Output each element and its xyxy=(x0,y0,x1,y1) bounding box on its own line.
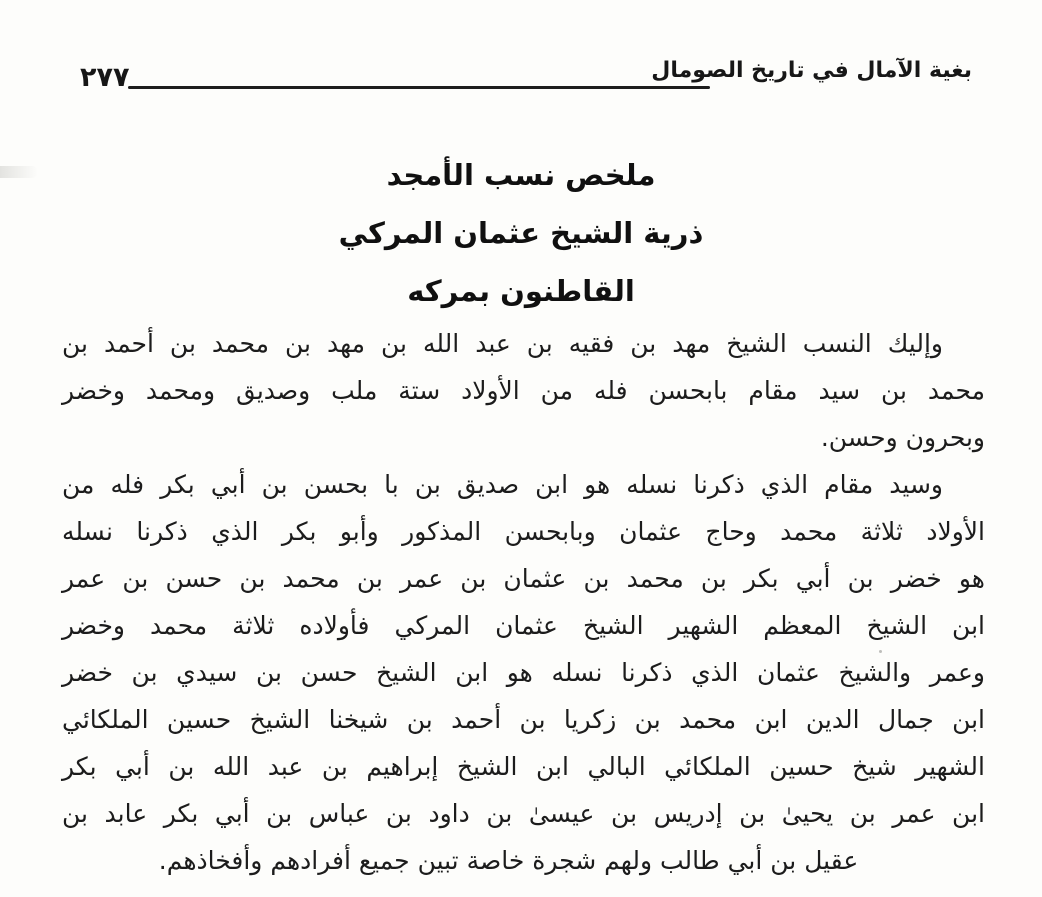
header-rule xyxy=(128,86,710,89)
chapter-title-block: ملخص نسب الأمجد ذرية الشيخ عثمان المركي … xyxy=(0,146,1042,320)
chapter-title-line-1: ملخص نسب الأمجد xyxy=(0,146,1042,204)
paragraph-2-line-7: الشهير شيخ حسين الملكائي البالي ابن الشي… xyxy=(62,743,985,790)
paragraph-2-line-5: وعمر والشيخ عثمان الذي ذكرنا نسله هو ابن… xyxy=(62,649,985,696)
paragraph-2-line-9: عقيل بن أبي طالب ولهم شجرة خاصة تبين جمي… xyxy=(62,837,985,884)
paragraph-2-line-1: وسيد مقام الذي ذكرنا نسله هو ابن صديق بن… xyxy=(62,461,985,508)
paragraph-2-line-6: ابن جمال الدين ابن محمد بن زكريا بن أحمد… xyxy=(62,696,985,743)
paragraph-2-line-8: ابن عمر بن يحيىٰ بن إدريس بن عيسىٰ بن دا… xyxy=(62,790,985,837)
paragraph-2-line-3: هو خضر بن أبي بكر بن محمد بن عثمان بن عم… xyxy=(62,555,985,602)
paragraph-1-line-1: وإليك النسب الشيخ مهد بن فقيه بن عبد الل… xyxy=(62,320,985,367)
paragraph-2-line-4: ابن الشيخ المعظم الشهير الشيخ عثمان المر… xyxy=(62,602,985,649)
running-header: ٢٧٧ بغية الآمال في تاريخ الصومال xyxy=(0,56,1042,100)
book-page: ٢٧٧ بغية الآمال في تاريخ الصومال ملخص نس… xyxy=(0,0,1042,897)
paragraph-2-line-2: الأولاد ثلاثة محمد وحاج عثمان وبابحسن ال… xyxy=(62,508,985,555)
body-text: وإليك النسب الشيخ مهد بن فقيه بن عبد الل… xyxy=(62,320,985,884)
chapter-title-line-2: ذرية الشيخ عثمان المركي xyxy=(0,204,1042,262)
book-title: بغية الآمال في تاريخ الصومال xyxy=(651,58,972,83)
paragraph-1-line-3: وبحرون وحسن. xyxy=(62,414,985,461)
chapter-title-line-3: القاطنون بمركه xyxy=(0,262,1042,320)
paragraph-1-line-2: محمد بن سيد مقام بابحسن فله من الأولاد س… xyxy=(62,367,985,414)
page-number: ٢٧٧ xyxy=(80,62,129,93)
